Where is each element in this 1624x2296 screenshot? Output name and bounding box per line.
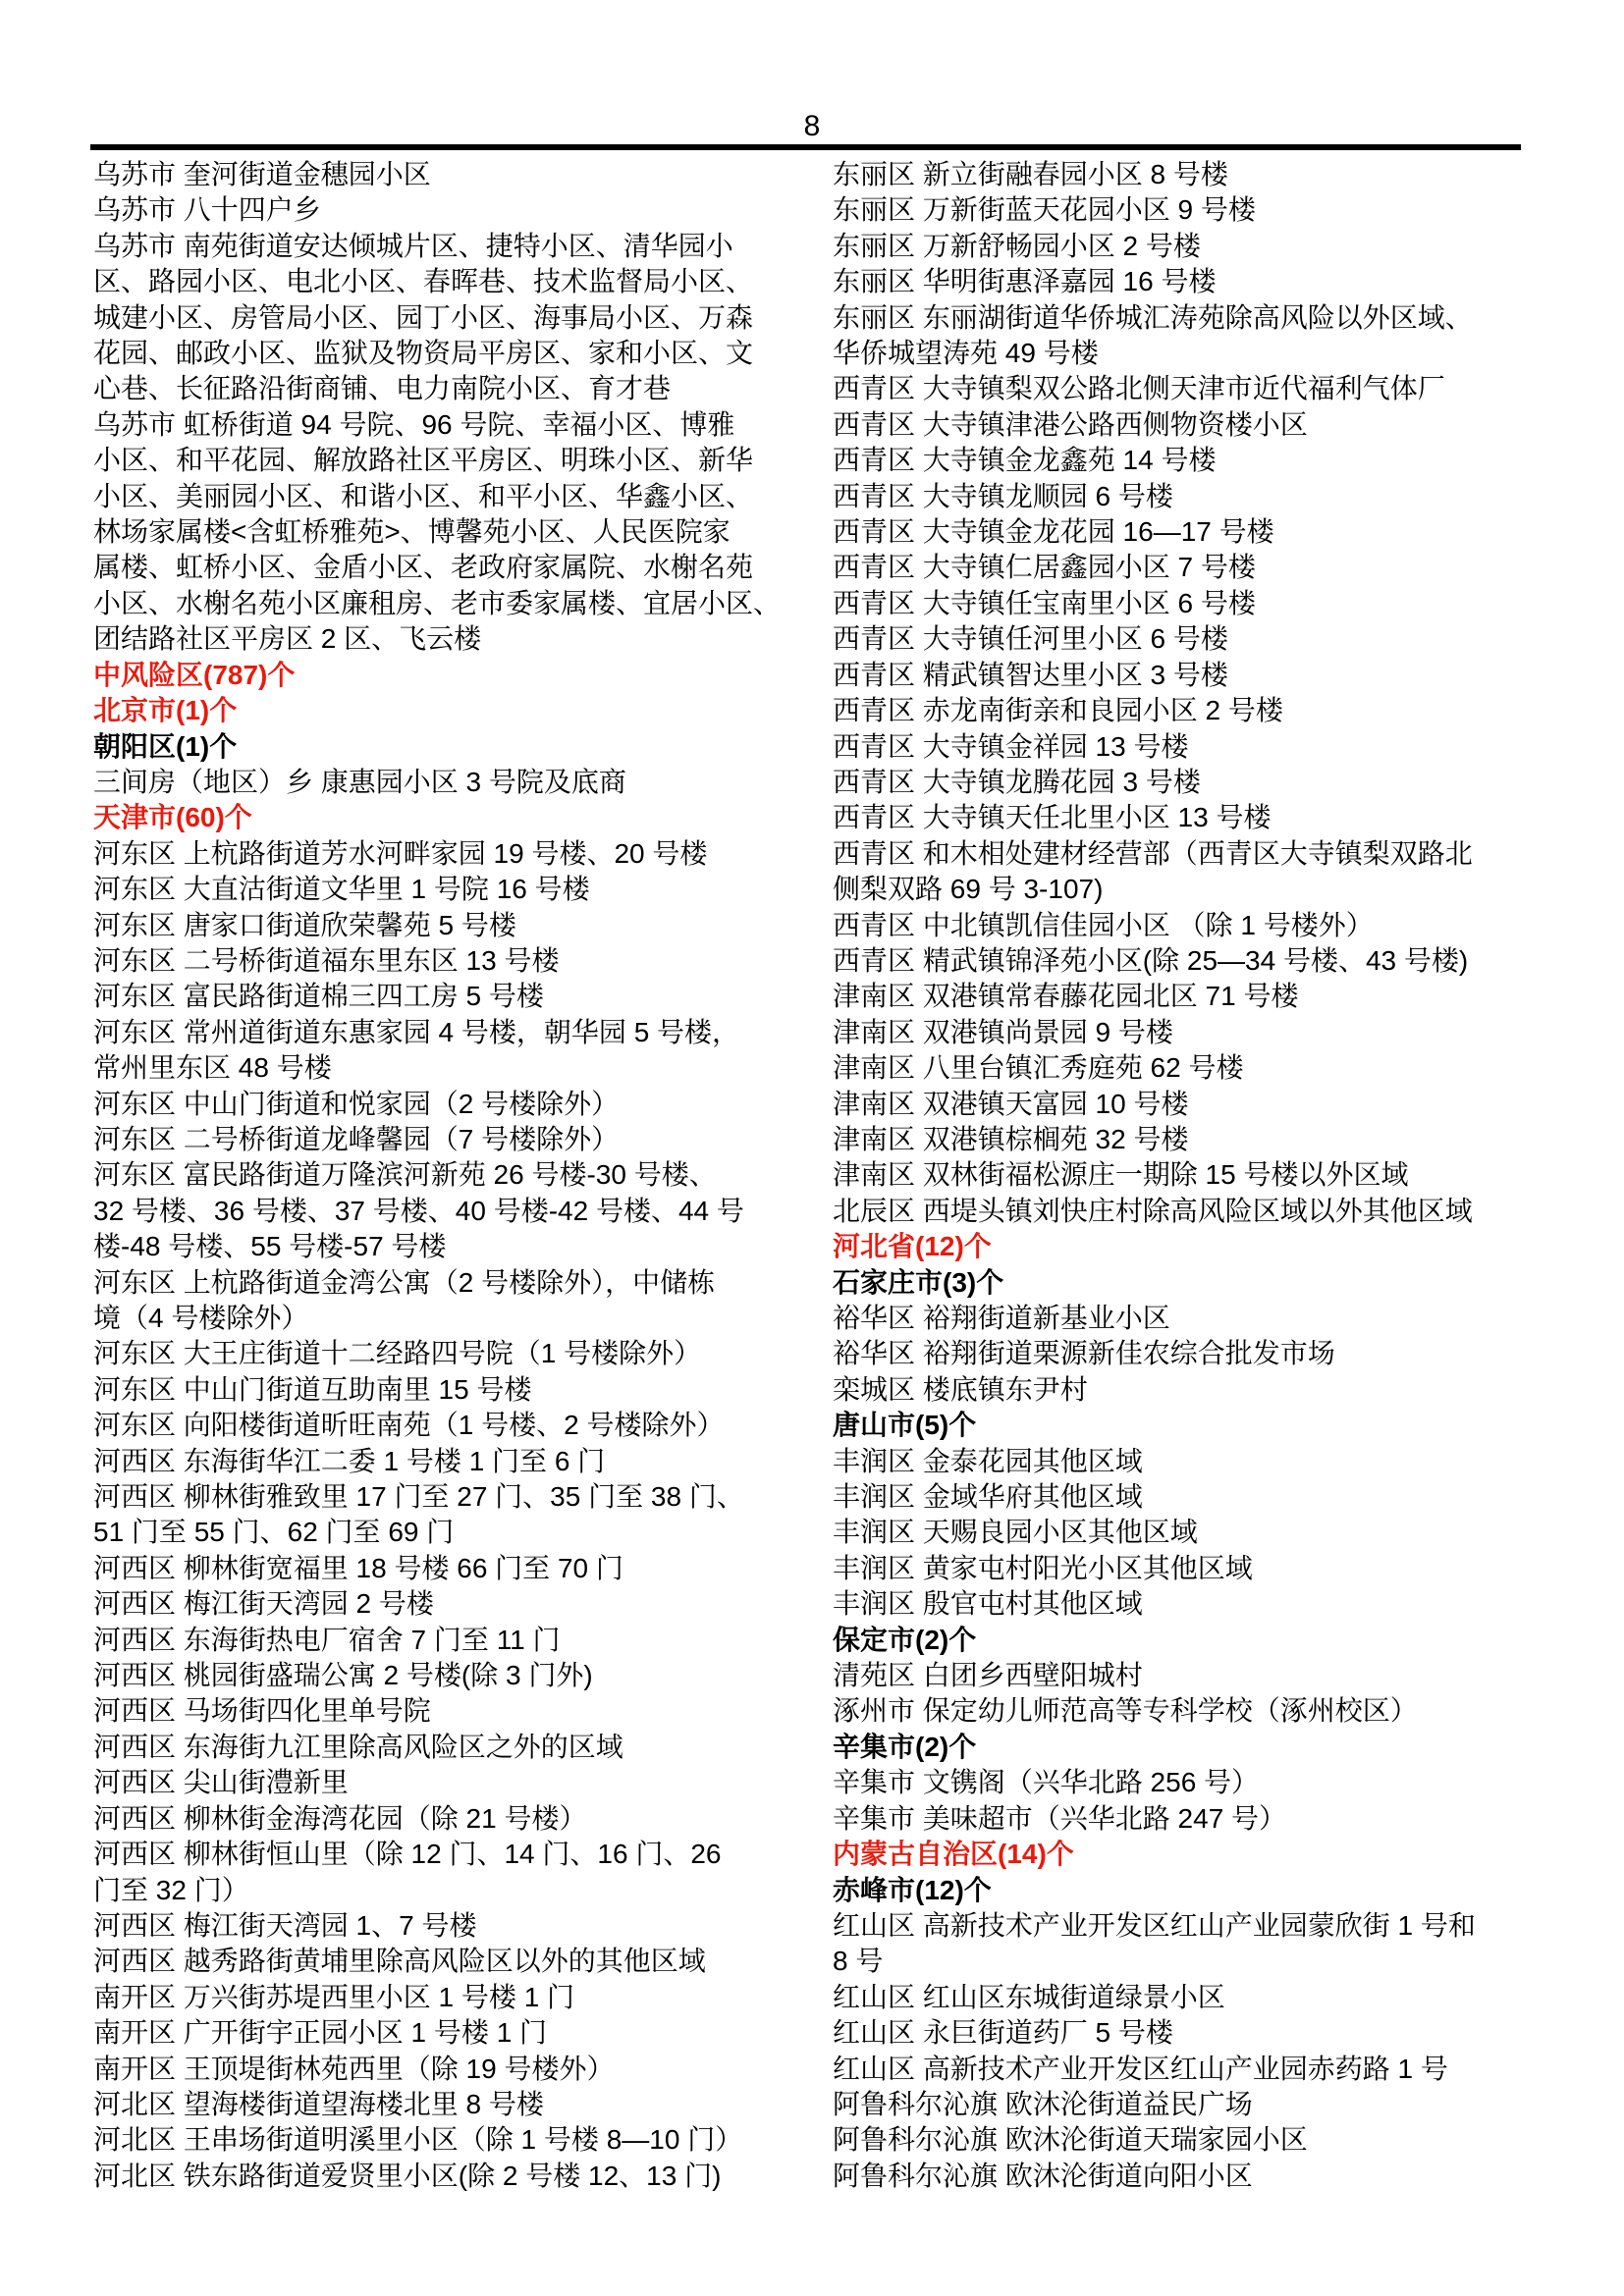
risk-area-entry-line: 小区、和平花园、解放路社区平房区、明珠小区、新华 [93,443,785,478]
risk-area-entry-line: 团结路社区平房区 2 区、飞云楼 [93,621,785,657]
risk-area-entry-line: 东丽区 华明街惠泽嘉园 16 号楼 [833,264,1526,299]
risk-area-entry-line: 津南区 双林街福松源庄一期除 15 号楼以外区域 [833,1157,1526,1193]
city-heading: 保定市(2)个 [833,1623,1526,1658]
risk-area-entry-line: 津南区 双港镇棕榈苑 32 号楼 [833,1122,1526,1157]
risk-area-entry-line: 北辰区 西堤头镇刘快庄村除高风险区域以外其他区域 [833,1194,1526,1229]
risk-area-entry-line: 三间房（地区）乡 康惠园小区 3 号院及底商 [93,765,785,800]
risk-area-entry-line: 小区、美丽园小区、和谐小区、和平小区、华鑫小区、 [93,479,785,514]
risk-area-entry-line: 丰润区 金泰花园其他区域 [833,1444,1526,1479]
risk-area-entry-line: 河西区 柳林街金海湾花园（除 21 号楼） [93,1801,785,1837]
risk-area-entry-line: 河北区 望海楼街道望海楼北里 8 号楼 [93,2087,785,2122]
risk-area-entry-line: 红山区 高新技术产业开发区红山产业园蒙欣街 1 号和 [833,1908,1526,1944]
risk-area-entry-line: 河东区 二号桥街道福东里东区 13 号楼 [93,943,785,979]
risk-area-entry-line: 辛集市 美味超市（兴华北路 247 号） [833,1801,1526,1837]
risk-area-entry-line: 花园、邮政小区、监狱及物资局平房区、家和小区、文 [93,336,785,371]
risk-area-entry-line: 乌苏市 奎河街道金穗园小区 [93,157,785,192]
risk-area-entry-line: 西青区 大寺镇金龙花园 16—17 号楼 [833,514,1526,550]
risk-area-entry-line: 乌苏市 八十四户乡 [93,192,785,228]
risk-area-entry-line: 栾城区 楼底镇东尹村 [833,1372,1526,1408]
risk-area-entry-line: 河东区 二号桥街道龙峰馨园（7 号楼除外） [93,1122,785,1157]
risk-area-entry-line: 裕华区 裕翔街道新基业小区 [833,1301,1526,1336]
risk-area-entry-line: 河东区 大王庄街道十二经路四号院（1 号楼除外） [93,1336,785,1371]
risk-area-entry-line: 西青区 大寺镇金龙鑫苑 14 号楼 [833,443,1526,478]
risk-area-entry-line: 裕华区 裕翔街道栗源新佳农综合批发市场 [833,1336,1526,1371]
risk-area-entry-line: 津南区 双港镇天富园 10 号楼 [833,1087,1526,1122]
risk-area-entry-line: 河北区 王串场街道明溪里小区（除 1 号楼 8—10 门） [93,2122,785,2158]
risk-area-entry-line: 南开区 王顶堤街林苑西里（除 19 号楼外） [93,2052,785,2087]
risk-area-entry-line: 南开区 广开街宇正园小区 1 号楼 1 门 [93,2015,785,2051]
risk-area-entry-line: 侧梨双路 69 号 3-107) [833,872,1526,907]
risk-area-entry-line: 西青区 大寺镇任宝南里小区 6 号楼 [833,586,1526,621]
risk-area-entry-line: 河西区 东海街热电厂宿舍 7 门至 11 门 [93,1623,785,1658]
risk-area-entry-line: 河东区 中山门街道互助南里 15 号楼 [93,1372,785,1408]
risk-area-entry-line: 西青区 大寺镇津港公路西侧物资楼小区 [833,407,1526,443]
risk-area-entry-line: 阿鲁科尔沁旗 欧沐沦街道向阳小区 [833,2159,1526,2194]
risk-area-entry-line: 西青区 大寺镇龙腾花园 3 号楼 [833,765,1526,800]
risk-area-entry-line: 8 号 [833,1944,1526,1979]
risk-area-entry-line: 河西区 东海街九江里除高风险区之外的区域 [93,1730,785,1765]
city-heading: 石家庄市(3)个 [833,1265,1526,1301]
risk-area-entry-line: 河北区 铁东路街道爱贤里小区(除 2 号楼 12、13 门) [93,2159,785,2194]
risk-area-entry-line: 河西区 梅江街天湾园 1、7 号楼 [93,1908,785,1944]
risk-area-entry-line: 丰润区 黄家屯村阳光小区其他区域 [833,1551,1526,1586]
city-heading: 朝阳区(1)个 [93,729,785,765]
risk-area-entry-line: 西青区 大寺镇天任北里小区 13 号楼 [833,800,1526,835]
risk-area-entry-line: 河东区 大直沽街道文华里 1 号院 16 号楼 [93,872,785,907]
risk-area-entry-line: 西青区 中北镇凯信佳园小区 （除 1 号楼外） [833,908,1526,943]
province-heading: 内蒙古自治区(14)个 [833,1837,1526,1872]
risk-area-entry-line: 丰润区 金域华府其他区域 [833,1479,1526,1515]
risk-area-entry-line: 红山区 红山区东城街道绿景小区 [833,1980,1526,2015]
document-page: 8 乌苏市 奎河街道金穗园小区乌苏市 八十四户乡乌苏市 南苑街道安达倾城片区、捷… [0,0,1624,2296]
risk-area-entry-line: 河西区 柳林街宽福里 18 号楼 66 门至 70 门 [93,1551,785,1586]
risk-area-entry-line: 河东区 中山门街道和悦家园（2 号楼除外） [93,1087,785,1122]
risk-area-entry-line: 小区、水榭名苑小区廉租房、老市委家属楼、宜居小区、 [93,586,785,621]
risk-area-entry-line: 心巷、长征路沿街商铺、电力南院小区、育才巷 [93,371,785,406]
risk-area-entry-line: 51 门至 55 门、62 门至 69 门 [93,1515,785,1550]
risk-area-entry-line: 河西区 东海街华江二委 1 号楼 1 门至 6 门 [93,1444,785,1479]
risk-area-entry-line: 西青区 大寺镇梨双公路北侧天津市近代福利气体厂 [833,371,1526,406]
risk-area-entry-line: 河西区 尖山街澧新里 [93,1765,785,1800]
city-heading: 赤峰市(12)个 [833,1873,1526,1908]
risk-area-entry-line: 东丽区 东丽湖街道华侨城汇涛苑除高风险以外区域、 [833,300,1526,336]
risk-area-entry-line: 区、路园小区、电北小区、春晖巷、技术监督局小区、 [93,264,785,299]
risk-area-entry-line: 阿鲁科尔沁旗 欧沐沦街道天瑞家园小区 [833,2122,1526,2158]
risk-area-entry-line: 南开区 万兴街苏堤西里小区 1 号楼 1 门 [93,1980,785,2015]
risk-area-entry-line: 河西区 柳林街雅致里 17 门至 27 门、35 门至 38 门、 [93,1479,785,1515]
risk-area-entry-line: 丰润区 殷官屯村其他区域 [833,1586,1526,1622]
risk-area-entry-line: 红山区 永巨街道药厂 5 号楼 [833,2015,1526,2051]
risk-area-entry-line: 河东区 富民路街道棉三四工房 5 号楼 [93,979,785,1014]
risk-area-entry-line: 西青区 精武镇智达里小区 3 号楼 [833,658,1526,693]
risk-area-entry-line: 西青区 精武镇锦泽苑小区(除 25—34 号楼、43 号楼) [833,943,1526,979]
risk-area-entry-line: 涿州市 保定幼儿师范高等专科学校（涿州校区） [833,1693,1526,1729]
risk-area-entry-line: 津南区 双港镇尚景园 9 号楼 [833,1015,1526,1050]
province-heading: 天津市(60)个 [93,800,785,835]
risk-area-entry-line: 河西区 越秀路街黄埔里除高风险区以外的其他区域 [93,1944,785,1979]
risk-area-entry-line: 清苑区 白团乡西壁阳城村 [833,1658,1526,1693]
risk-area-entry-line: 辛集市 文镌阁（兴华北路 256 号） [833,1765,1526,1800]
risk-area-entry-line: 32 号楼、36 号楼、37 号楼、40 号楼-42 号楼、44 号 [93,1194,785,1229]
risk-area-entry-line: 河东区 上杭路街道金湾公寓（2 号楼除外），中储栋 [93,1265,785,1301]
risk-area-entry-line: 林场家属楼<含虹桥雅苑>、博馨苑小区、人民医院家 [93,514,785,550]
risk-area-entry-line: 河东区 富民路街道万隆滨河新苑 26 号楼-30 号楼、 [93,1157,785,1193]
risk-area-entry-line: 属楼、虹桥小区、金盾小区、老政府家属院、水榭名苑 [93,550,785,585]
risk-area-entry-line: 常州里东区 48 号楼 [93,1050,785,1086]
risk-area-entry-line: 楼-48 号楼、55 号楼-57 号楼 [93,1229,785,1264]
risk-area-entry-line: 河西区 柳林街恒山里（除 12 门、14 门、16 门、26 [93,1837,785,1872]
risk-area-entry-line: 华侨城望涛苑 49 号楼 [833,336,1526,371]
province-heading: 中风险区(787)个 [93,658,785,693]
risk-area-entry-line: 东丽区 万新街蓝天花园小区 9 号楼 [833,192,1526,228]
city-heading: 唐山市(5)个 [833,1408,1526,1443]
risk-area-entry-line: 东丽区 新立街融春园小区 8 号楼 [833,157,1526,192]
risk-area-entry-line: 西青区 大寺镇仁居鑫园小区 7 号楼 [833,550,1526,585]
risk-area-entry-line: 西青区 大寺镇任河里小区 6 号楼 [833,621,1526,657]
left-text-column: 乌苏市 奎河街道金穗园小区乌苏市 八十四户乡乌苏市 南苑街道安达倾城片区、捷特小… [93,157,785,2194]
risk-area-entry-line: 河东区 唐家口街道欣荣馨苑 5 号楼 [93,908,785,943]
risk-area-entry-line: 西青区 和木相处建材经营部（西青区大寺镇梨双路北 [833,836,1526,872]
risk-area-entry-line: 津南区 八里台镇汇秀庭苑 62 号楼 [833,1050,1526,1086]
risk-area-entry-line: 西青区 大寺镇金祥园 13 号楼 [833,729,1526,765]
risk-area-entry-line: 河西区 梅江街天湾园 2 号楼 [93,1586,785,1622]
risk-area-entry-line: 河东区 上杭路街道芳水河畔家园 19 号楼、20 号楼 [93,836,785,872]
risk-area-entry-line: 西青区 大寺镇龙顺园 6 号楼 [833,479,1526,514]
risk-area-entry-line: 河西区 桃园街盛瑞公寓 2 号楼(除 3 门外) [93,1658,785,1693]
risk-area-entry-line: 境（4 号楼除外） [93,1301,785,1336]
risk-area-entry-line: 门至 32 门） [93,1873,785,1908]
city-heading: 辛集市(2)个 [833,1730,1526,1765]
risk-area-entry-line: 津南区 双港镇常春藤花园北区 71 号楼 [833,979,1526,1014]
risk-area-entry-line: 河东区 向阳楼街道昕旺南苑（1 号楼、2 号楼除外） [93,1408,785,1443]
right-text-column: 东丽区 新立街融春园小区 8 号楼东丽区 万新街蓝天花园小区 9 号楼东丽区 万… [833,157,1526,2194]
page-number: 8 [0,112,1624,141]
risk-area-entry-line: 乌苏市 南苑街道安达倾城片区、捷特小区、清华园小 [93,229,785,264]
risk-area-entry-line: 西青区 赤龙南街亲和良园小区 2 号楼 [833,693,1526,728]
risk-area-entry-line: 河东区 常州道街道东惠家园 4 号楼，朝华园 5 号楼， [93,1015,785,1050]
risk-area-entry-line: 东丽区 万新舒畅园小区 2 号楼 [833,229,1526,264]
risk-area-entry-line: 城建小区、房管局小区、园丁小区、海事局小区、万森 [93,300,785,336]
province-heading: 北京市(1)个 [93,693,785,728]
header-rule [90,144,1521,150]
risk-area-entry-line: 乌苏市 虹桥街道 94 号院、96 号院、幸福小区、博雅 [93,407,785,443]
risk-area-entry-line: 丰润区 天赐良园小区其他区域 [833,1515,1526,1550]
risk-area-entry-line: 红山区 高新技术产业开发区红山产业园赤药路 1 号 [833,2052,1526,2087]
risk-area-entry-line: 阿鲁科尔沁旗 欧沐沦街道益民广场 [833,2087,1526,2122]
risk-area-entry-line: 河西区 马场街四化里单号院 [93,1693,785,1729]
province-heading: 河北省(12)个 [833,1229,1526,1264]
